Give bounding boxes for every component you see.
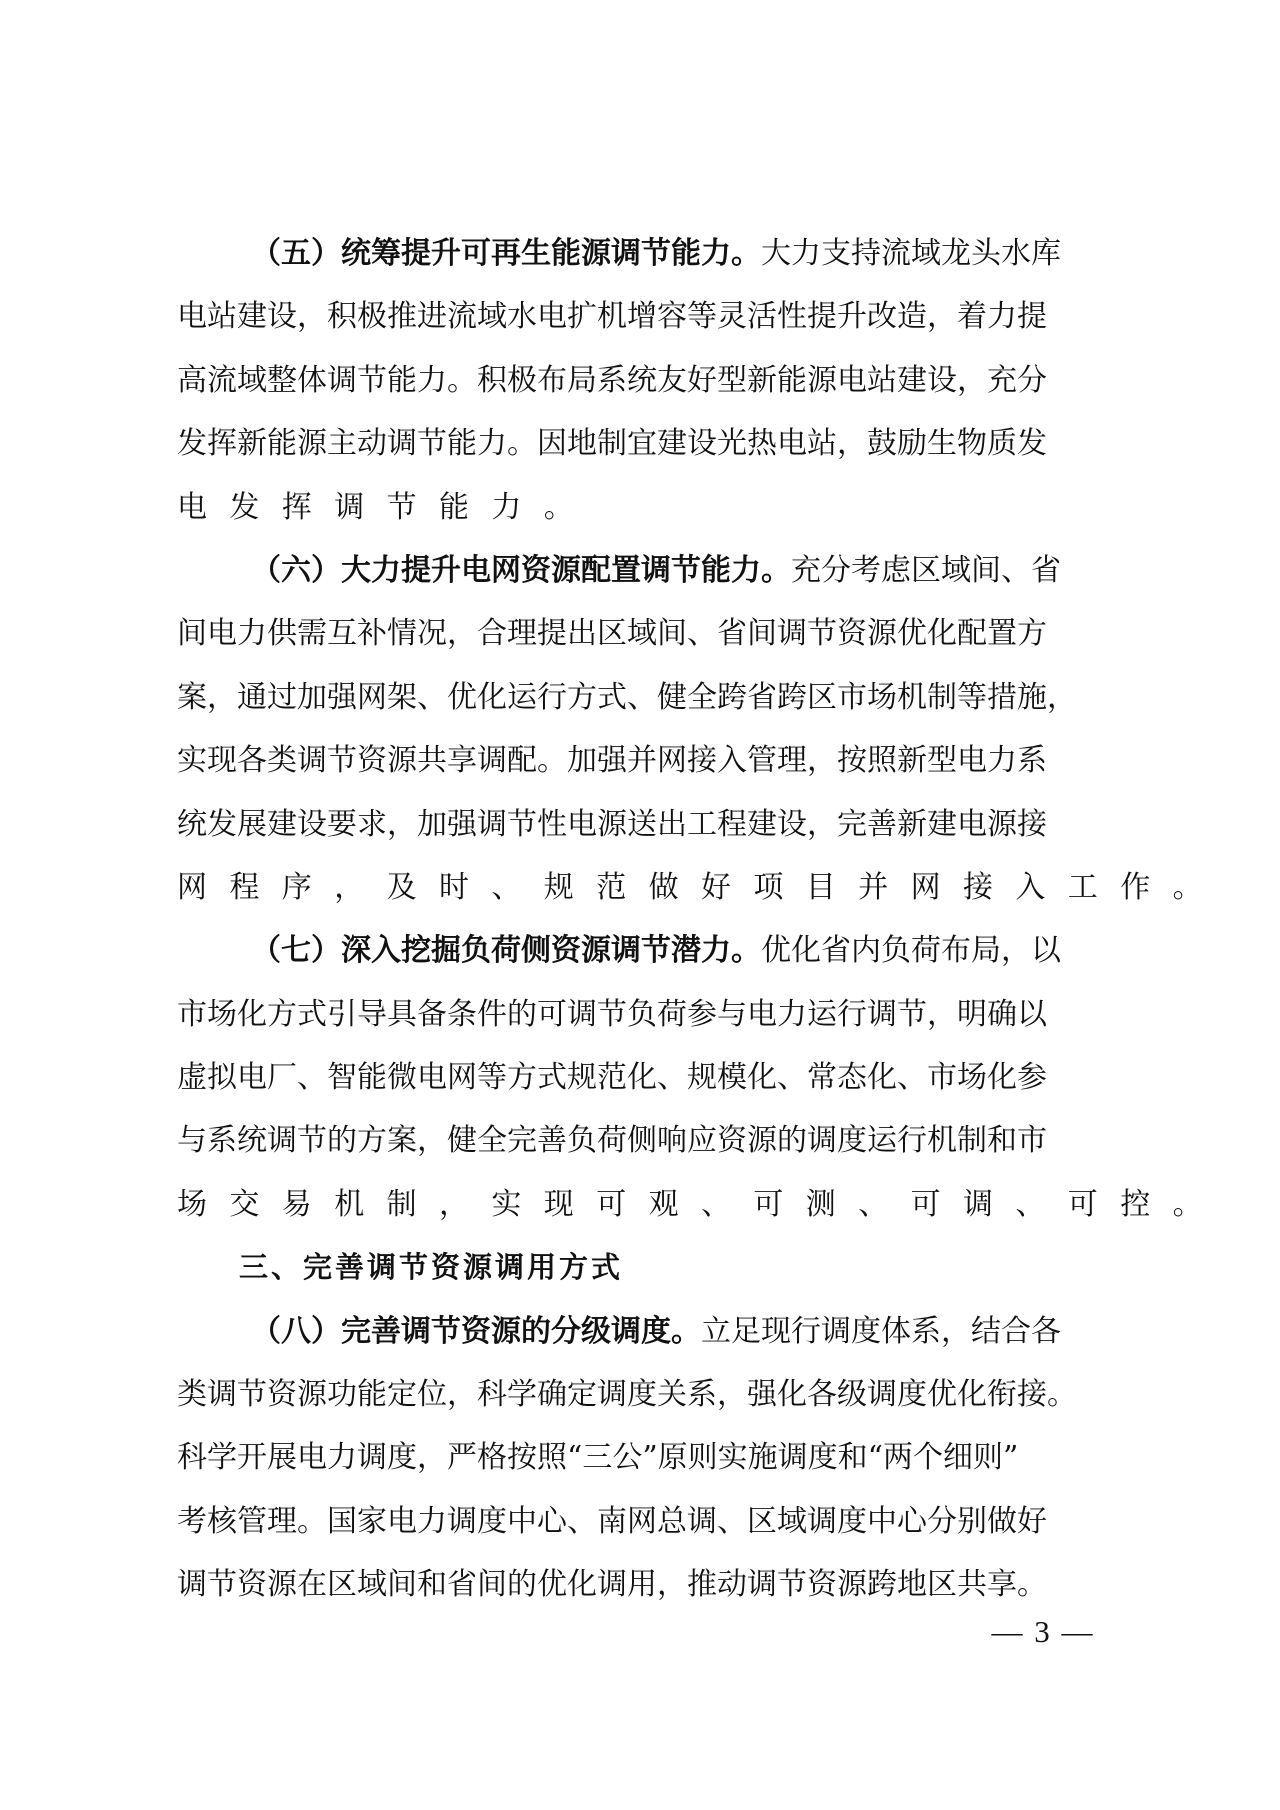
- paragraph-7-line-5: 场交易机制，实现可观、可测、可调、可控。: [177, 1173, 1109, 1236]
- section-heading: 三、完善调节资源调用方式: [177, 1236, 1109, 1299]
- paragraph-7-line-3: 虚拟电厂、智能微电网等方式规范化、规模化、常态化、市场化参: [177, 1046, 1109, 1109]
- paragraph-8-line-5: 调节资源在区域间和省间的优化调用，推动调节资源跨地区共享。: [177, 1553, 1109, 1616]
- paragraph-8-line-3: 科学开展电力调度，严格按照“三公”原则实施调度和“两个细则”: [177, 1426, 1109, 1489]
- paragraph-7-text: 优化省内负荷布局，以: [761, 933, 1061, 968]
- paragraph-8-text: 立足现行调度体系，结合各: [701, 1314, 1061, 1349]
- paragraph-8-line-4: 考核管理。国家电力调度中心、南网总调、区域调度中心分别做好: [177, 1490, 1109, 1553]
- paragraph-7-line-2: 市场化方式引导具备条件的可调节负荷参与电力运行调节，明确以: [177, 983, 1109, 1046]
- page-number: — 3 —: [988, 1612, 1098, 1652]
- paragraph-5-line-5: 电发挥调节能力。: [177, 476, 1109, 539]
- paragraph-5-line-4: 发挥新能源主动调节能力。因地制宜建设光热电站，鼓励生物质发: [177, 412, 1109, 475]
- paragraph-5-text: 大力支持流域龙头水库: [761, 236, 1061, 271]
- paragraph-6-title: （六）大力提升电网资源配置调节能力。: [251, 553, 791, 588]
- paragraph-5-line-2: 电站建设，积极推进流域水电扩机增容等灵活性提升改造，着力提: [177, 285, 1109, 348]
- paragraph-8-line-2: 类调节资源功能定位，科学确定调度关系，强化各级调度优化衔接。: [177, 1363, 1109, 1426]
- paragraph-7-title: （七）深入挖掘负荷侧资源调节潜力。: [251, 933, 761, 968]
- paragraph-7-line-1: （七）深入挖掘负荷侧资源调节潜力。优化省内负荷布局，以: [177, 919, 1109, 982]
- paragraph-5-title: （五）统筹提升可再生能源调节能力。: [251, 236, 761, 271]
- document-page: （五）统筹提升可再生能源调节能力。大力支持流域龙头水库 电站建设，积极推进流域水…: [0, 0, 1280, 1810]
- paragraph-7-line-4: 与系统调节的方案，健全完善负荷侧响应资源的调度运行机制和市: [177, 1109, 1109, 1172]
- paragraph-6-line-5: 统发展建设要求，加强调节性电源送出工程建设，完善新建电源接: [177, 793, 1109, 856]
- paragraph-6-line-6: 网程序，及时、规范做好项目并网接入工作。: [177, 856, 1109, 919]
- paragraph-6-text: 充分考虑区域间、省: [791, 553, 1061, 588]
- paragraph-6-line-1: （六）大力提升电网资源配置调节能力。充分考虑区域间、省: [177, 539, 1109, 602]
- paragraph-5-line-3: 高流域整体调节能力。积极布局系统友好型新能源电站建设，充分: [177, 349, 1109, 412]
- paragraph-5-line-1: （五）统筹提升可再生能源调节能力。大力支持流域龙头水库: [177, 222, 1109, 285]
- paragraph-8-title: （八）完善调节资源的分级调度。: [251, 1314, 701, 1349]
- paragraph-8-line-1: （八）完善调节资源的分级调度。立足现行调度体系，结合各: [177, 1300, 1109, 1363]
- document-body: （五）统筹提升可再生能源调节能力。大力支持流域龙头水库 电站建设，积极推进流域水…: [177, 222, 1109, 1617]
- paragraph-6-line-4: 实现各类调节资源共享调配。加强并网接入管理，按照新型电力系: [177, 729, 1109, 792]
- paragraph-6-line-2: 间电力供需互补情况，合理提出区域间、省间调节资源优化配置方: [177, 602, 1109, 665]
- paragraph-6-line-3: 案，通过加强网架、优化运行方式、健全跨省跨区市场机制等措施，: [177, 666, 1109, 729]
